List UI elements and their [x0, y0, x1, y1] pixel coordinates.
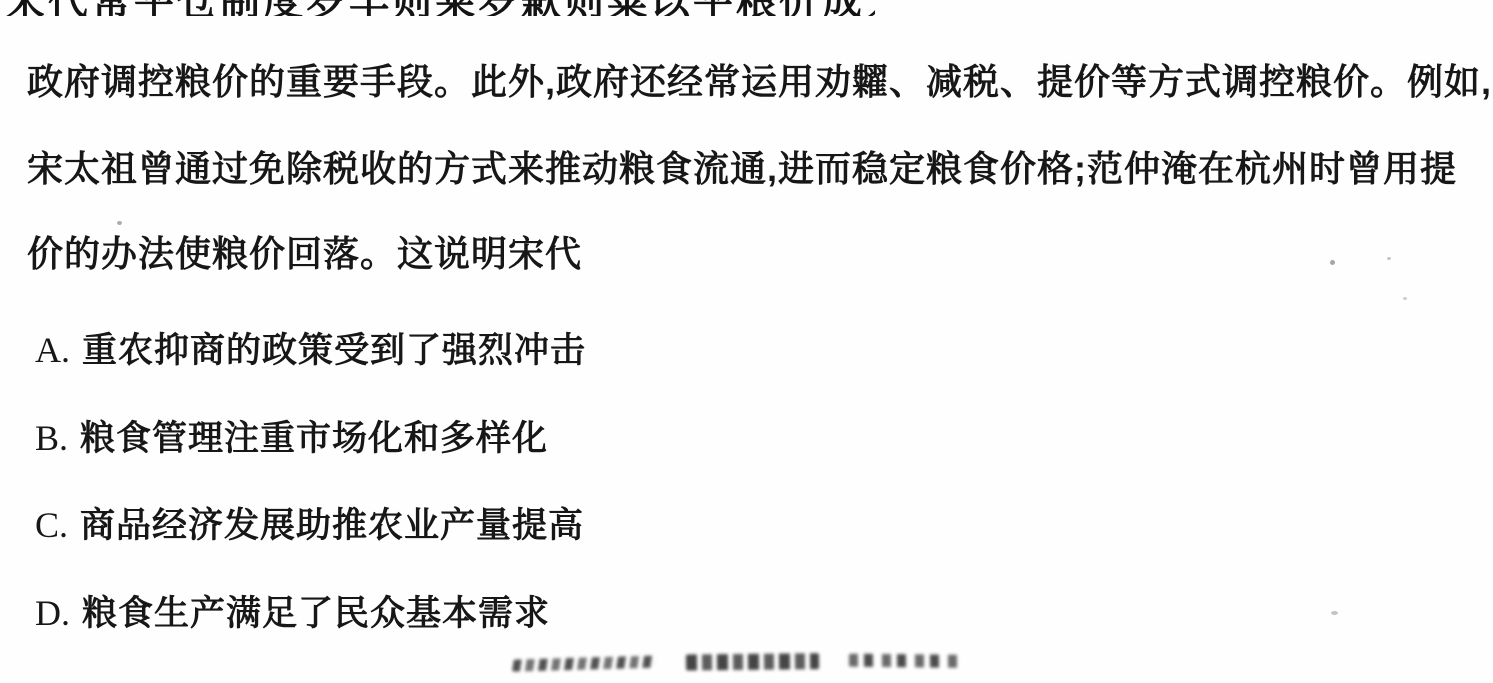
scan-speck: [1387, 257, 1391, 260]
bleed-through-smudge: [513, 644, 961, 681]
smudge-fragment: [849, 653, 961, 667]
clipped-text-row: 宋代常平仓制度岁丰则籴岁歉则粜以平粮价成为政府: [5, 0, 875, 16]
option-b-label: B.: [35, 418, 68, 458]
option-d-label: D.: [35, 593, 70, 633]
option-b-text: 粮食管理注重市场化和多样化: [80, 419, 548, 458]
scan-speck: [1331, 611, 1338, 615]
smudge-fragment: [686, 653, 819, 670]
option-d-text: 粮食生产满足了民众基本需求: [82, 594, 550, 633]
option-c-text: 商品经济发展助推农业产量提高: [80, 506, 584, 545]
scanned-exam-page: 宋代常平仓制度岁丰则籴岁歉则粜以平粮价成为政府 政府调控粮价的重要手段。此外,政…: [0, 0, 1493, 683]
scan-speck: [1403, 297, 1407, 300]
option-c: C.商品经济发展助推农业产量提高: [35, 503, 584, 548]
option-a: A.重农抑商的政策受到了强烈冲击: [35, 328, 586, 373]
option-a-label: A.: [35, 330, 70, 370]
option-d: D.粮食生产满足了民众基本需求: [35, 591, 550, 636]
question-stem-line-1: 政府调控粮价的重要手段。此外,政府还经常运用劝糶、减税、提价等方式调控粮价。例如…: [27, 60, 1492, 104]
option-b: B.粮食管理注重市场化和多样化: [35, 416, 548, 461]
question-stem-line-2: 宋太祖曾通过免除税收的方式来推动粮食流通,进而稳定粮食价格;范仲淹在杭州时曾用提: [27, 147, 1457, 191]
scan-speck: [117, 221, 122, 225]
option-c-label: C.: [35, 505, 68, 545]
smudge-fragment: [512, 656, 657, 672]
option-a-text: 重农抑商的政策受到了强烈冲击: [82, 331, 586, 370]
question-stem-line-3: 价的办法使粮价回落。这说明宋代: [27, 232, 582, 276]
scan-speck: [1330, 260, 1335, 265]
clipped-text-fragments: 宋代常平仓制度岁丰则籴岁歉则粜以平粮价成为政府: [5, 0, 875, 16]
